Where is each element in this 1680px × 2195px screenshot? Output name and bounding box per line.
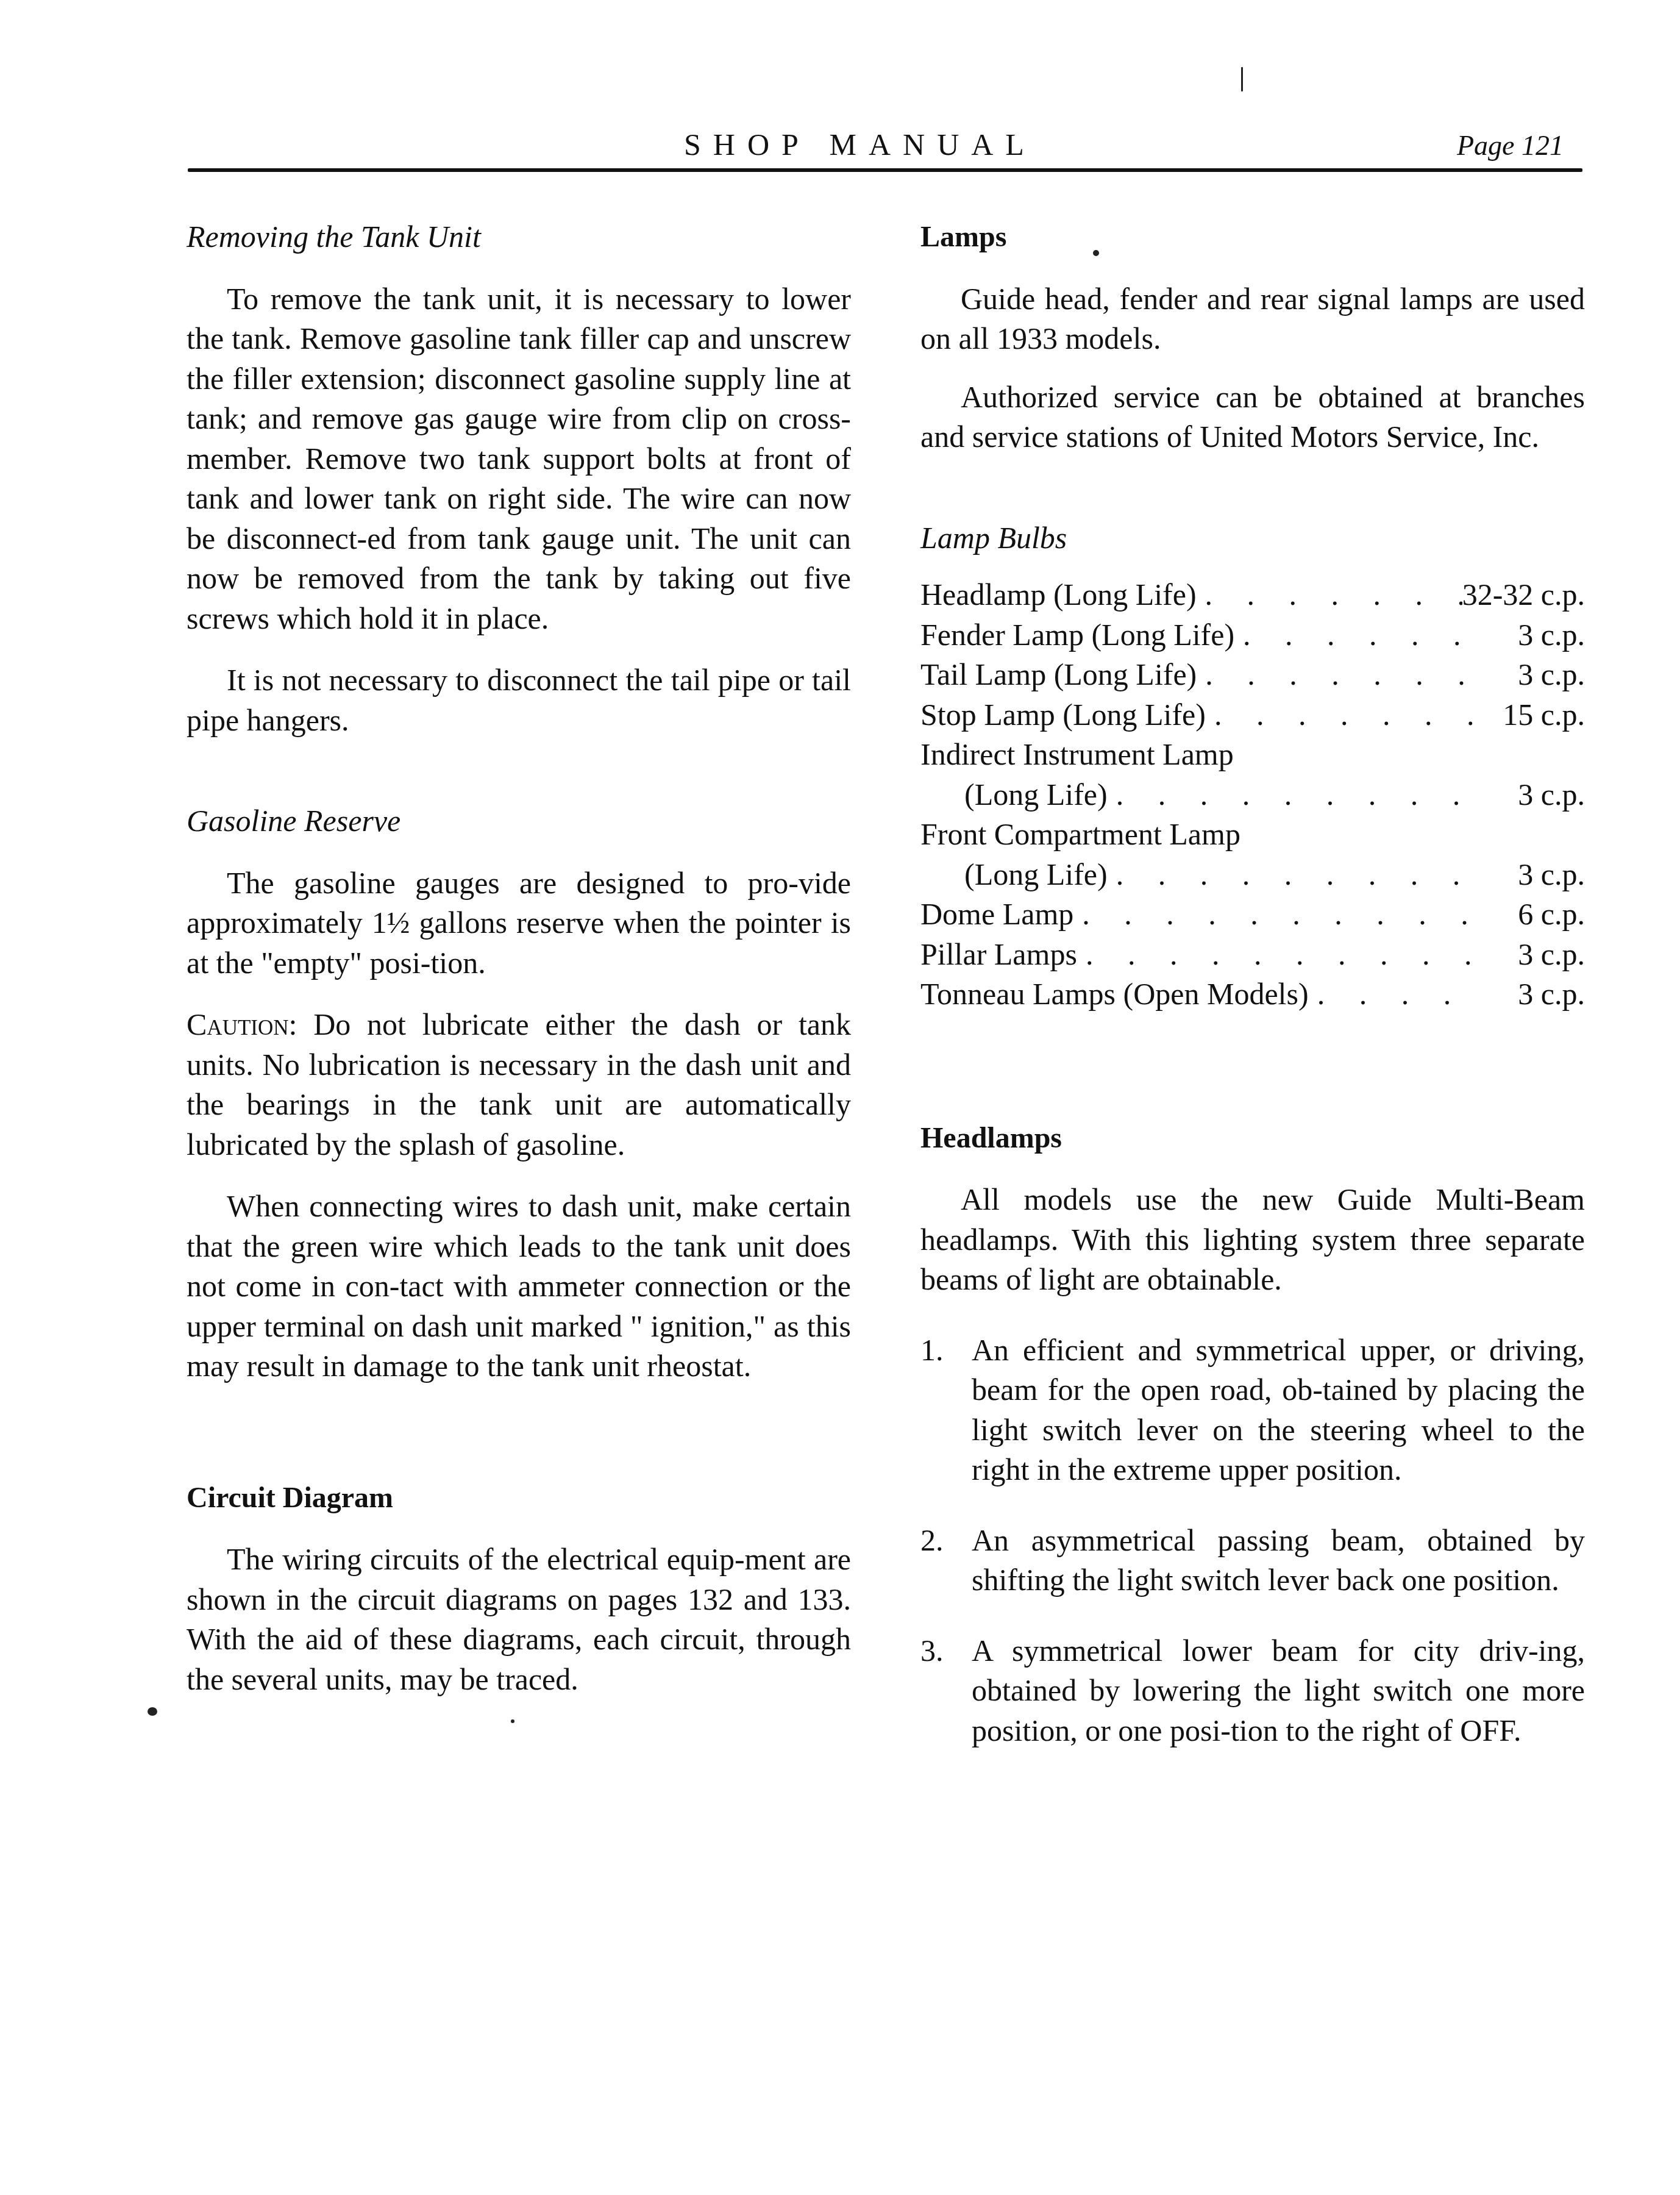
running-header-title: SHOP MANUAL [684, 127, 1036, 162]
paragraph-circuit-diagram: The wiring circuits of the electrical eq… [187, 1540, 851, 1699]
page-number: Page 121 [1457, 129, 1564, 162]
bulb-row: Tail Lamp (Long Life) . . . . . . . . . … [920, 655, 1585, 695]
bulb-name: Tonneau Lamps (Open Models) [920, 974, 1309, 1015]
left-column: Removing the Tank Unit To remove the tan… [187, 217, 851, 1699]
bulb-name: Headlamp (Long Life) [920, 575, 1197, 615]
leader-dots: . . . . . . . . . . . . . . . . [1197, 575, 1462, 615]
scan-speck [511, 1719, 514, 1723]
beam-list-item: 1. An efficient and symmetrical upper, o… [920, 1330, 1585, 1490]
bulb-row: Headlamp (Long Life) . . . . . . . . . .… [920, 575, 1585, 615]
bulb-name: Stop Lamp (Long Life) [920, 695, 1206, 735]
leader-dots: . . . . . . . . . . . . . . . . [1206, 695, 1481, 735]
leader-dots: . . . . . . . . . . . . . . . . [1108, 775, 1481, 815]
header-rule [188, 168, 1582, 172]
scan-speck [148, 1707, 157, 1716]
bulb-value: 3 c.p. [1481, 935, 1585, 975]
bulb-value: 3 c.p. [1481, 974, 1585, 1015]
bulb-row: Indirect Instrument Lamp [920, 735, 1585, 775]
heading-gasoline-reserve: Gasoline Reserve [187, 801, 851, 841]
paragraph-gasoline-reserve: The gasoline gauges are designed to pro-… [187, 863, 851, 983]
bulb-value: 3 c.p. [1481, 655, 1585, 695]
list-number: 3. [920, 1631, 972, 1751]
bulb-name: Fender Lamp (Long Life) [920, 615, 1234, 655]
bulb-name: Pillar Lamps [920, 935, 1077, 975]
bulb-name-continuation: (Long Life) [920, 775, 1108, 815]
bulb-value: 32-32 c.p. [1462, 575, 1585, 615]
leader-dots: . . . . . . . . . . . . . . . . [1108, 855, 1481, 895]
list-text: An asymmetrical passing beam, obtained b… [972, 1521, 1585, 1601]
bulb-row: Pillar Lamps . . . . . . . . . . . . . .… [920, 935, 1585, 975]
right-column: Lamps Guide head, fender and rear signal… [920, 217, 1585, 1751]
paragraph-authorized-service: Authorized service can be obtained at br… [920, 377, 1585, 457]
heading-headlamps: Headlamps [920, 1118, 1585, 1158]
paragraph-wiring: When connecting wires to dash unit, make… [187, 1187, 851, 1387]
bulb-row-continuation: (Long Life) . . . . . . . . . . . . . . … [920, 775, 1585, 815]
list-number: 2. [920, 1521, 972, 1601]
bulb-row: Stop Lamp (Long Life) . . . . . . . . . … [920, 695, 1585, 735]
list-text: An efficient and symmetrical upper, or d… [972, 1330, 1585, 1490]
bulb-name: Front Compartment Lamp [920, 815, 1240, 855]
beam-list-item: 3. A symmetrical lower beam for city dri… [920, 1631, 1585, 1751]
bulb-name-continuation: (Long Life) [920, 855, 1108, 895]
paragraph-remove-tank: To remove the tank unit, it is necessary… [187, 279, 851, 639]
beam-list-item: 2. An asymmetrical passing beam, obtaine… [920, 1521, 1585, 1601]
leader-dots: . . . . . . . . . . . . . . . . [1073, 894, 1481, 935]
scan-speck [1093, 250, 1099, 256]
bulb-name: Indirect Instrument Lamp [920, 735, 1234, 775]
bulb-row-continuation: (Long Life) . . . . . . . . . . . . . . … [920, 855, 1585, 895]
paragraph-headlamps-intro: All models use the new Guide Multi-Beam … [920, 1180, 1585, 1300]
bulb-value: 3 c.p. [1481, 615, 1585, 655]
lamp-bulbs-table: Headlamp (Long Life) . . . . . . . . . .… [920, 575, 1585, 1015]
leader-dots: . . . . . . . . . . . . . . . . [1077, 935, 1481, 975]
leader-dots: . . . . . . . . . . . . . . . . [1197, 655, 1481, 695]
bulb-row: Fender Lamp (Long Life) . . . . . . . . … [920, 615, 1585, 655]
heading-lamp-bulbs: Lamp Bulbs [920, 518, 1585, 559]
bulb-row: Front Compartment Lamp [920, 815, 1585, 855]
bulb-value: 6 c.p. [1481, 894, 1585, 935]
heading-removing-tank-unit: Removing the Tank Unit [187, 217, 851, 257]
heading-circuit-diagram: Circuit Diagram [187, 1478, 851, 1518]
bulb-value: 3 c.p. [1481, 775, 1585, 815]
leader-dots: . . . . . . . . . . . . . . . . [1234, 615, 1481, 655]
bulb-value: 3 c.p. [1481, 855, 1585, 895]
bulb-name: Tail Lamp (Long Life) [920, 655, 1197, 695]
list-text: A symmetrical lower beam for city driv-i… [972, 1631, 1585, 1751]
bulb-name: Dome Lamp [920, 894, 1073, 935]
caution-paragraph: Caution: Do not lubricate either the das… [187, 1005, 851, 1165]
caution-label: Caution: [187, 1007, 297, 1041]
leader-dots: . . . . . . . . . . . . . . . . [1309, 974, 1481, 1015]
manual-page: SHOP MANUAL Page 121 Removing the Tank U… [0, 0, 1680, 2195]
paragraph-tail-pipe: It is not necessary to disconnect the ta… [187, 660, 851, 740]
bulb-row: Dome Lamp . . . . . . . . . . . . . . . … [920, 894, 1585, 935]
list-number: 1. [920, 1330, 972, 1490]
heading-lamps: Lamps [920, 217, 1585, 257]
paragraph-lamps-models: Guide head, fender and rear signal lamps… [920, 279, 1585, 359]
bulb-row: Tonneau Lamps (Open Models) . . . . . . … [920, 974, 1585, 1015]
scan-speck [1241, 67, 1243, 91]
bulb-value: 15 c.p. [1481, 695, 1585, 735]
